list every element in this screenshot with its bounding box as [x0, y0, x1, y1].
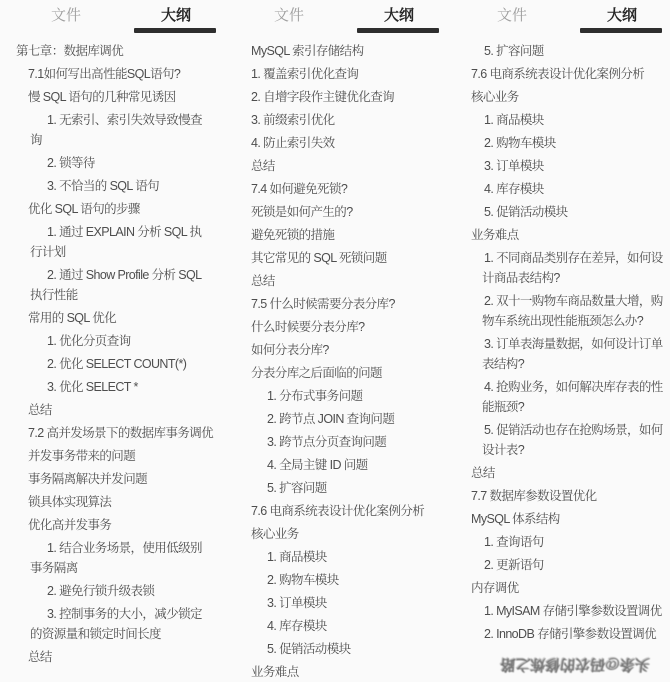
outline-item[interactable]: 内存调优: [446, 578, 669, 598]
outline-item[interactable]: 并发事务带来的问题: [0, 446, 223, 466]
outline-item[interactable]: 1. 覆盖索引优化查询: [223, 64, 446, 84]
outline-item[interactable]: 7.5 什么时候需要分表分库?: [223, 294, 446, 314]
outline-item[interactable]: 避免死锁的措施: [223, 225, 446, 245]
outline-list: 5. 扩容问题7.6 电商系统表设计优化案例分析核心业务1. 商品模块2. 购物…: [446, 36, 669, 644]
outline-item[interactable]: 5. 促销活动模块: [223, 639, 446, 659]
outline-item[interactable]: 业务难点: [446, 225, 669, 245]
outline-item[interactable]: 5. 促销活动也存在抢购场景，如何设计表?: [446, 420, 669, 460]
outline-item[interactable]: 1. 结合业务场景，使用低级别事务隔离: [0, 538, 223, 578]
outline-item[interactable]: 2. 锁等待: [0, 153, 223, 173]
tab-outline-label: 大纲: [161, 7, 191, 24]
outline-item[interactable]: 3. 订单表海量数据，如何设计订单表结构?: [446, 334, 669, 374]
outline-item[interactable]: 3. 前缀索引优化: [223, 110, 446, 130]
outline-item[interactable]: 5. 扩容问题: [223, 478, 446, 498]
outline-item[interactable]: 3. 控制事务的大小，减少锁定的资源量和锁定时间长度: [0, 604, 223, 644]
column-3-tabbar: 文件 大纲: [446, 0, 669, 36]
outline-item[interactable]: 事务隔离解决并发问题: [0, 469, 223, 489]
outline-item[interactable]: 如何分表分库?: [223, 340, 446, 360]
outline-item[interactable]: 2. 跨节点 JOIN 查询问题: [223, 409, 446, 429]
outline-list: MySQL 索引存储结构1. 覆盖索引优化查询2. 自增字段作主键优化查询3. …: [223, 36, 446, 682]
outline-item[interactable]: 1. 通过 EXPLAIN 分析 SQL 执行计划: [0, 222, 223, 262]
tab-outline-label: 大纲: [607, 7, 637, 24]
outline-item[interactable]: 什么时候要分表分库?: [223, 317, 446, 337]
outline-item[interactable]: MySQL 索引存储结构: [223, 41, 446, 61]
tab-file[interactable]: 文件: [446, 8, 578, 24]
tab-file[interactable]: 文件: [223, 8, 355, 24]
outline-board: 文件 大纲 第七章：数据库调优7.1如何写出高性能SQL语句?慢 SQL 语句的…: [0, 0, 670, 682]
outline-item[interactable]: 3. 跨节点分页查询问题: [223, 432, 446, 452]
outline-item[interactable]: 优化 SQL 语句的步骤: [0, 199, 223, 219]
outline-item[interactable]: 5. 促销活动模块: [446, 202, 669, 222]
outline-item[interactable]: 核心业务: [223, 524, 446, 544]
outline-item[interactable]: 7.4 如何避免死锁?: [223, 179, 446, 199]
outline-item[interactable]: 4. 全局主键 ID 问题: [223, 455, 446, 475]
tab-outline[interactable]: 大纲: [355, 8, 443, 24]
outline-item[interactable]: 3. 不恰当的 SQL 语句: [0, 176, 223, 196]
outline-item[interactable]: 总结: [0, 647, 223, 667]
outline-column-2: 文件 大纲 MySQL 索引存储结构1. 覆盖索引优化查询2. 自增字段作主键优…: [223, 0, 446, 682]
outline-item[interactable]: 2. InnoDB 存储引擎参数设置调优: [446, 624, 669, 644]
outline-item[interactable]: 7.6 电商系统表设计优化案例分析: [446, 64, 669, 84]
outline-item[interactable]: 分表分库之后面临的问题: [223, 363, 446, 383]
outline-item[interactable]: 1. 分布式事务问题: [223, 386, 446, 406]
outline-item[interactable]: 3. 订单模块: [223, 593, 446, 613]
outline-item[interactable]: 7.6 电商系统表设计优化案例分析: [223, 501, 446, 521]
outline-item[interactable]: 1. 无索引、索引失效导致慢查询: [0, 110, 223, 150]
outline-item[interactable]: 常用的 SQL 优化: [0, 308, 223, 328]
outline-item[interactable]: 优化高并发事务: [0, 515, 223, 535]
outline-item[interactable]: 核心业务: [446, 87, 669, 107]
outline-item[interactable]: 1. 优化分页查询: [0, 331, 223, 351]
outline-item[interactable]: 1. MyISAM 存储引擎参数设置调优: [446, 601, 669, 621]
outline-item[interactable]: 死锁是如何产生的?: [223, 202, 446, 222]
tab-file[interactable]: 文件: [0, 8, 132, 24]
outline-item[interactable]: 3. 订单模块: [446, 156, 669, 176]
outline-column-1: 文件 大纲 第七章：数据库调优7.1如何写出高性能SQL语句?慢 SQL 语句的…: [0, 0, 223, 682]
outline-item[interactable]: 其它常见的 SQL 死锁问题: [223, 248, 446, 268]
outline-item[interactable]: 4. 库存模块: [446, 179, 669, 199]
outline-item[interactable]: 锁具体实现算法: [0, 492, 223, 512]
outline-item[interactable]: 慢 SQL 语句的几种常见诱因: [0, 87, 223, 107]
outline-list: 第七章：数据库调优7.1如何写出高性能SQL语句?慢 SQL 语句的几种常见诱因…: [0, 36, 223, 667]
outline-item[interactable]: 2. 自增字段作主键优化查询: [223, 87, 446, 107]
outline-item[interactable]: 总结: [223, 271, 446, 291]
outline-item[interactable]: 4. 抢购业务，如何解决库存表的性能瓶颈?: [446, 377, 669, 417]
outline-item[interactable]: 7.7 数据库参数设置优化: [446, 486, 669, 506]
outline-item[interactable]: 2. 优化 SELECT COUNT(*): [0, 354, 223, 374]
outline-item[interactable]: 2. 双十一购物车商品数量大增，购物车系统出现性能瓶颈怎么办?: [446, 291, 669, 331]
active-tab-underline: [580, 28, 662, 33]
active-tab-underline: [134, 28, 216, 33]
outline-item[interactable]: 总结: [446, 463, 669, 483]
outline-item[interactable]: 2. 避免行锁升级表锁: [0, 581, 223, 601]
outline-item[interactable]: 7.2 高并发场景下的数据库事务调优: [0, 423, 223, 443]
outline-item[interactable]: 4. 防止索引失效: [223, 133, 446, 153]
outline-item[interactable]: 2. 更新语句: [446, 555, 669, 575]
column-2-tabbar: 文件 大纲: [223, 0, 446, 36]
outline-item[interactable]: 1. 商品模块: [446, 110, 669, 130]
column-1-tabbar: 文件 大纲: [0, 0, 223, 36]
outline-item[interactable]: 第七章：数据库调优: [0, 41, 223, 61]
outline-item[interactable]: 1. 查询语句: [446, 532, 669, 552]
outline-item[interactable]: 1. 商品模块: [223, 547, 446, 567]
outline-item[interactable]: 2. 购物车模块: [446, 133, 669, 153]
outline-column-3: 文件 大纲 5. 扩容问题7.6 电商系统表设计优化案例分析核心业务1. 商品模…: [446, 0, 669, 682]
outline-item[interactable]: 2. 通过 Show Profile 分析 SQL 执行性能: [0, 265, 223, 305]
outline-item[interactable]: MySQL 体系结构: [446, 509, 669, 529]
active-tab-underline: [357, 28, 439, 33]
outline-item[interactable]: 3. 优化 SELECT *: [0, 377, 223, 397]
outline-item[interactable]: 总结: [0, 400, 223, 420]
tab-outline[interactable]: 大纲: [132, 8, 220, 24]
outline-item[interactable]: 5. 扩容问题: [446, 41, 669, 61]
tab-outline[interactable]: 大纲: [578, 8, 666, 24]
outline-item[interactable]: 2. 购物车模块: [223, 570, 446, 590]
outline-item[interactable]: 4. 库存模块: [223, 616, 446, 636]
outline-item[interactable]: 业务难点: [223, 662, 446, 682]
outline-item[interactable]: 1. 不同商品类别存在差异，如何设计商品表结构?: [446, 248, 669, 288]
tab-outline-label: 大纲: [384, 7, 414, 24]
outline-item[interactable]: 总结: [223, 156, 446, 176]
outline-item[interactable]: 7.1如何写出高性能SQL语句?: [0, 64, 223, 84]
